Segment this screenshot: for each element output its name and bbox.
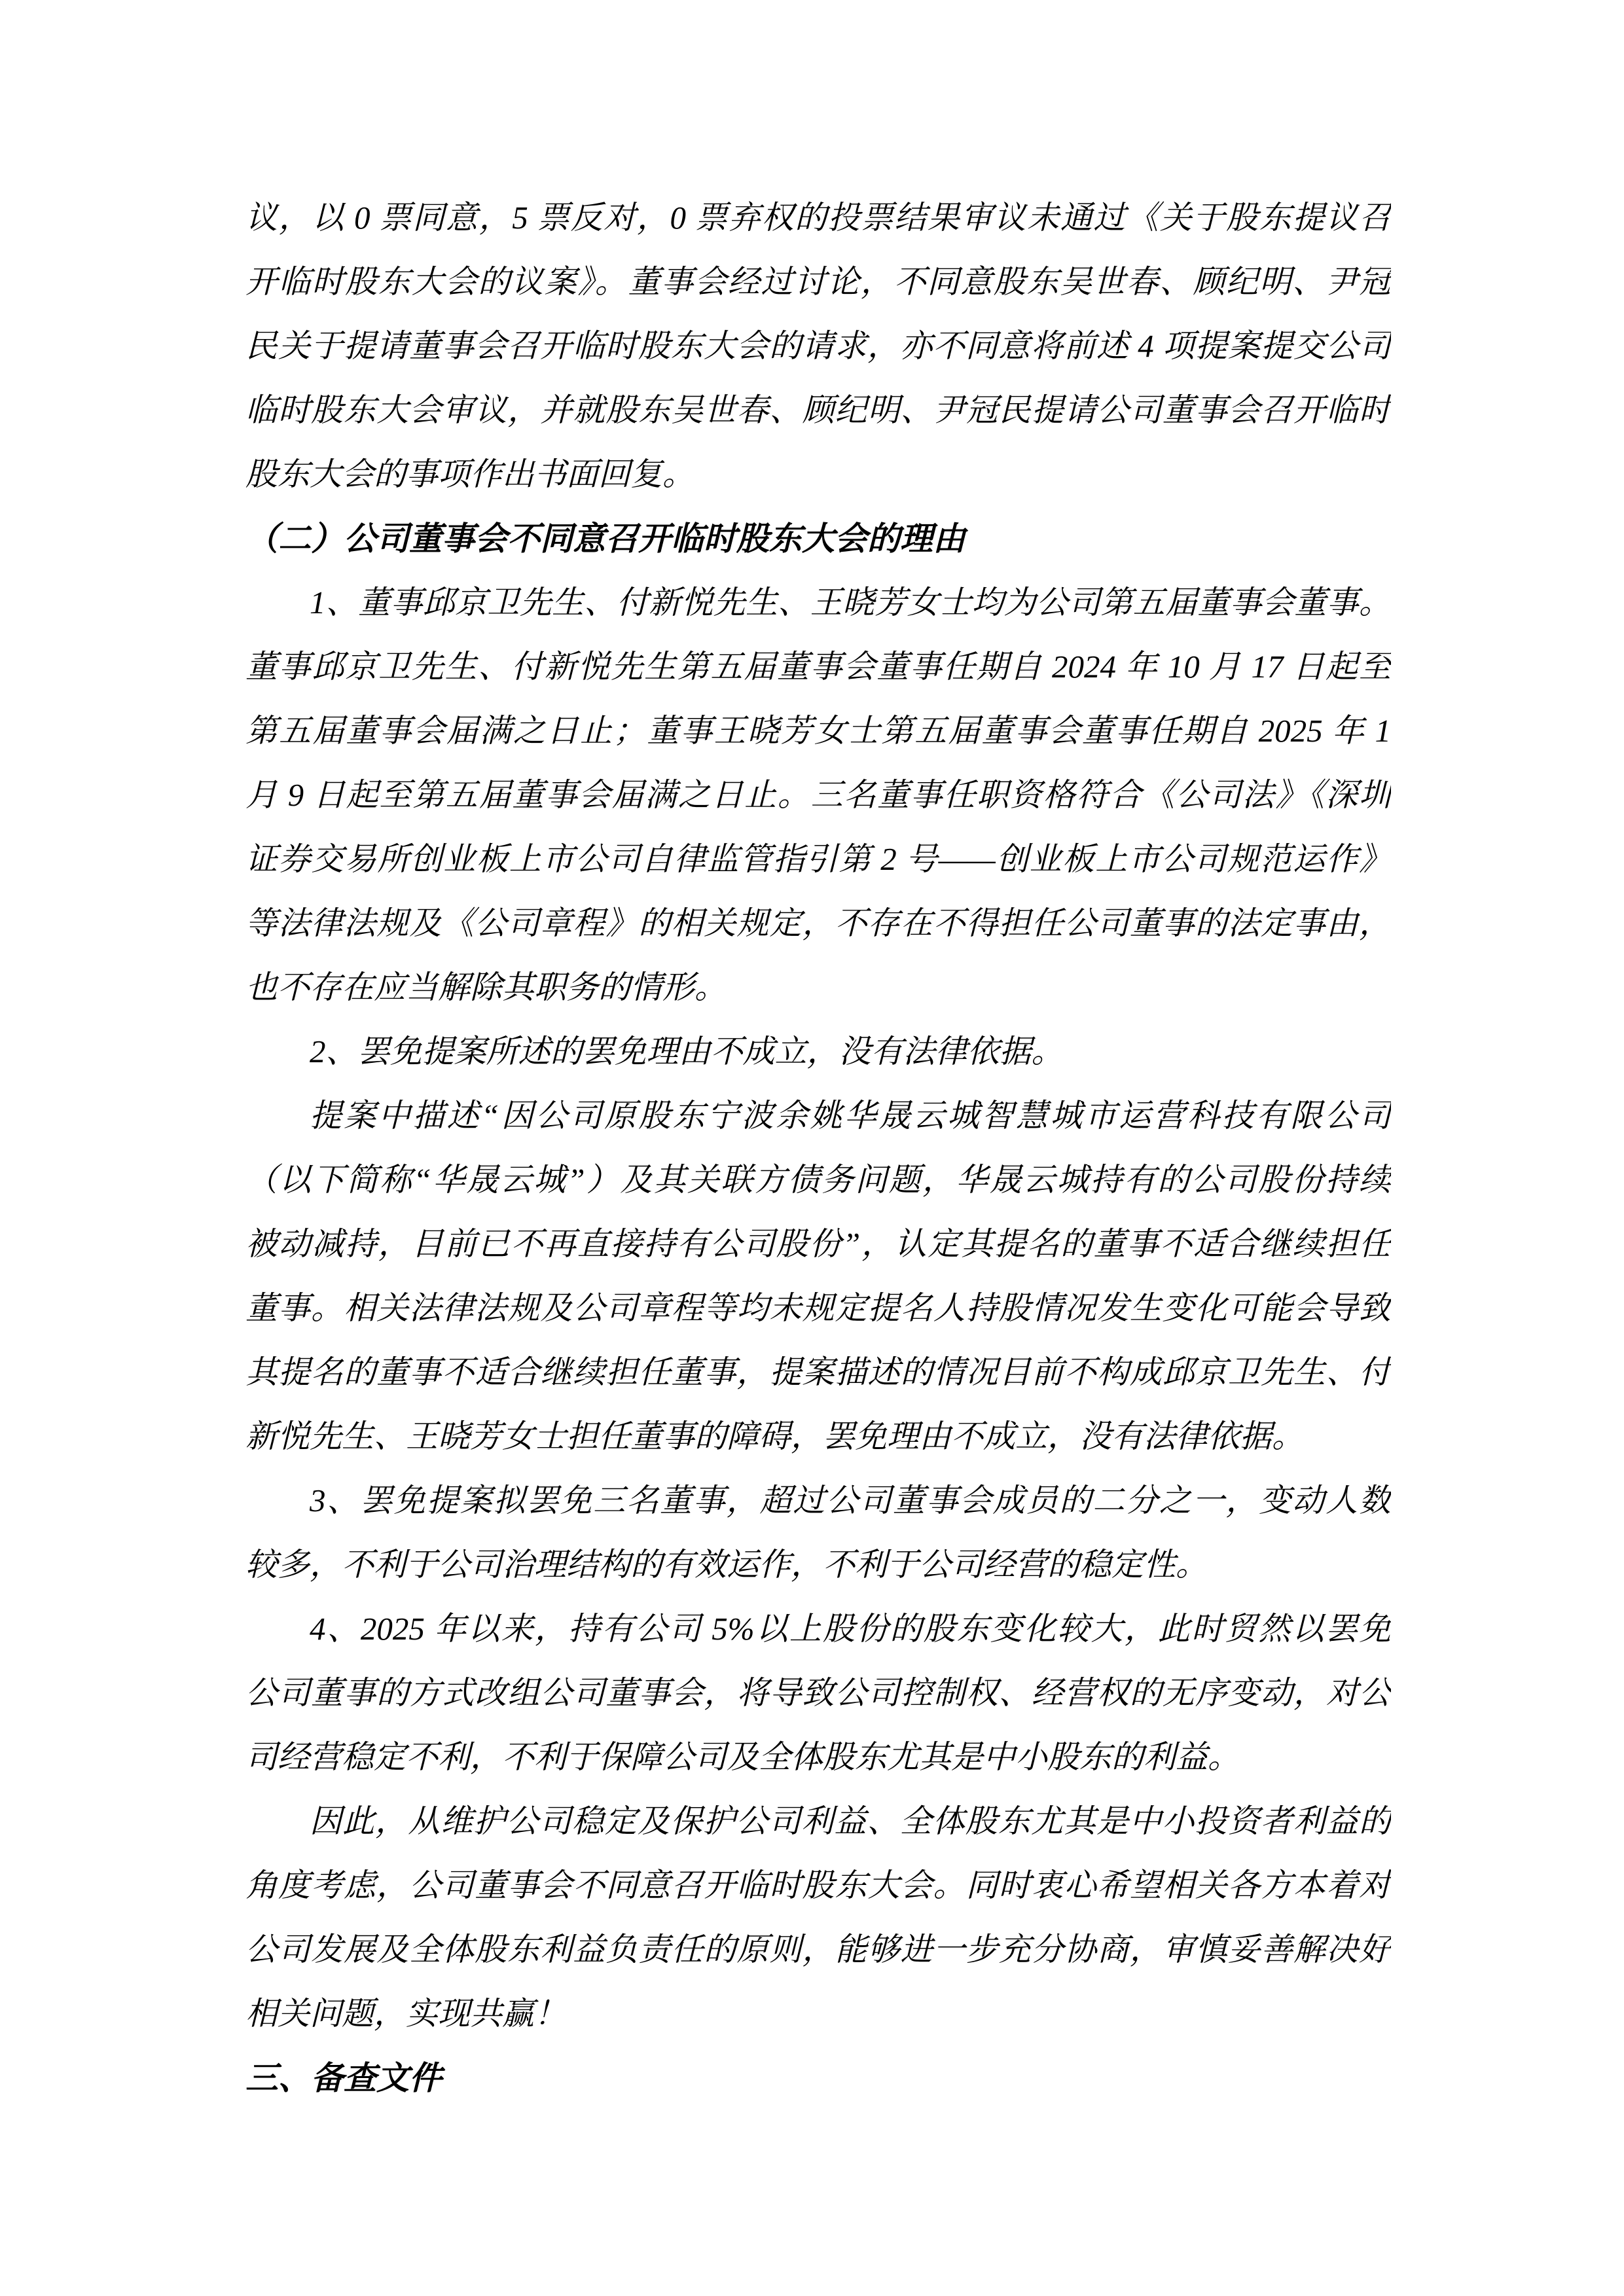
section-heading: 三、备查文件 (245, 2046, 1391, 2110)
paragraph-line: （以下简称“华晟云城”）及其关联方债务问题，华晟云城持有的公司股份持续 (245, 1148, 1391, 1212)
paragraph-line: 董事。相关法律法规及公司章程等均未规定提名人持股情况发生变化可能会导致 (245, 1276, 1391, 1340)
paragraph: 4、2025 年以来，持有公司 5%以上股份的股东变化较大，此时贸然以罢免公司董… (245, 1597, 1391, 1789)
paragraph-line: 公司发展及全体股东利益负责任的原则，能够进一步充分协商，审慎妥善解决好 (245, 1918, 1391, 1982)
paragraph-line: 较多，不利于公司治理结构的有效运作，不利于公司经营的稳定性。 (245, 1533, 1391, 1597)
paragraph-line: 因此，从维护公司稳定及保护公司利益、全体股东尤其是中小投资者利益的 (245, 1789, 1391, 1854)
paragraph-line: 股东大会的事项作出书面回复。 (245, 442, 1391, 507)
paragraph-line: 也不存在应当解除其职务的情形。 (245, 956, 1391, 1020)
paragraph: 因此，从维护公司稳定及保护公司利益、全体股东尤其是中小投资者利益的角度考虑，公司… (245, 1789, 1391, 2046)
paragraph-line: 1、董事邱京卫先生、付新悦先生、王晓芳女士均为公司第五届董事会董事。 (245, 571, 1391, 635)
paragraph-line: 董事邱京卫先生、付新悦先生第五届董事会董事任期自 2024 年 10 月 17 … (245, 635, 1391, 699)
paragraph: 3、罢免提案拟罢免三名董事，超过公司董事会成员的二分之一，变动人数较多，不利于公… (245, 1469, 1391, 1597)
section-heading: （二）公司董事会不同意召开临时股东大会的理由 (245, 507, 1391, 571)
paragraph-line: 公司董事的方式改组公司董事会，将导致公司控制权、经营权的无序变动，对公 (245, 1661, 1391, 1725)
paragraph-line: 第五届董事会届满之日止；董事王晓芳女士第五届董事会董事任期自 2025 年 1 (245, 699, 1391, 763)
paragraph-line: 司经营稳定不利，不利于保障公司及全体股东尤其是中小股东的利益。 (245, 1725, 1391, 1789)
paragraph-line: 被动减持，目前已不再直接持有公司股份”，认定其提名的董事不适合继续担任 (245, 1212, 1391, 1276)
paragraph-line: 其提名的董事不适合继续担任董事，提案描述的情况目前不构成邱京卫先生、付 (245, 1340, 1391, 1405)
paragraph-line: 民关于提请董事会召开临时股东大会的请求，亦不同意将前述 4 项提案提交公司 (245, 314, 1391, 378)
paragraph-line: 等法律法规及《公司章程》的相关规定，不存在不得担任公司董事的法定事由， (245, 891, 1391, 956)
paragraph-line: 临时股东大会审议，并就股东吴世春、顾纪明、尹冠民提请公司董事会召开临时 (245, 378, 1391, 442)
document-content: 议，以 0 票同意，5 票反对，0 票弃权的投票结果审议未通过《关于股东提议召开… (245, 186, 1391, 2110)
paragraph-line: 4、2025 年以来，持有公司 5%以上股份的股东变化较大，此时贸然以罢免 (245, 1597, 1391, 1661)
paragraph: 1、董事邱京卫先生、付新悦先生、王晓芳女士均为公司第五届董事会董事。董事邱京卫先… (245, 571, 1391, 1020)
paragraph-line: 2、罢免提案所述的罢免理由不成立，没有法律依据。 (245, 1020, 1391, 1084)
heading-line: 三、备查文件 (245, 2046, 1391, 2110)
paragraph: 2、罢免提案所述的罢免理由不成立，没有法律依据。 (245, 1020, 1391, 1084)
paragraph-line: 提案中描述“因公司原股东宁波余姚华晟云城智慧城市运营科技有限公司 (245, 1084, 1391, 1148)
document-page: 议，以 0 票同意，5 票反对，0 票弃权的投票结果审议未通过《关于股东提议召开… (0, 0, 1624, 2296)
paragraph-line: 3、罢免提案拟罢免三名董事，超过公司董事会成员的二分之一，变动人数 (245, 1469, 1391, 1533)
paragraph-line: 月 9 日起至第五届董事会届满之日止。三名董事任职资格符合《公司法》《深圳 (245, 763, 1391, 827)
paragraph: 提案中描述“因公司原股东宁波余姚华晟云城智慧城市运营科技有限公司（以下简称“华晟… (245, 1084, 1391, 1469)
paragraph-line: 议，以 0 票同意，5 票反对，0 票弃权的投票结果审议未通过《关于股东提议召 (245, 186, 1391, 250)
paragraph-line: 新悦先生、王晓芳女士担任董事的障碍，罢免理由不成立，没有法律依据。 (245, 1405, 1391, 1469)
paragraph: 议，以 0 票同意，5 票反对，0 票弃权的投票结果审议未通过《关于股东提议召开… (245, 186, 1391, 507)
paragraph-line: 证券交易所创业板上市公司自律监管指引第 2 号——创业板上市公司规范运作》 (245, 827, 1391, 891)
heading-line: （二）公司董事会不同意召开临时股东大会的理由 (245, 507, 1391, 571)
paragraph-line: 开临时股东大会的议案》。董事会经过讨论，不同意股东吴世春、顾纪明、尹冠 (245, 250, 1391, 314)
paragraph-line: 相关问题，实现共赢！ (245, 1982, 1391, 2046)
paragraph-line: 角度考虑，公司董事会不同意召开临时股东大会。同时衷心希望相关各方本着对 (245, 1854, 1391, 1918)
